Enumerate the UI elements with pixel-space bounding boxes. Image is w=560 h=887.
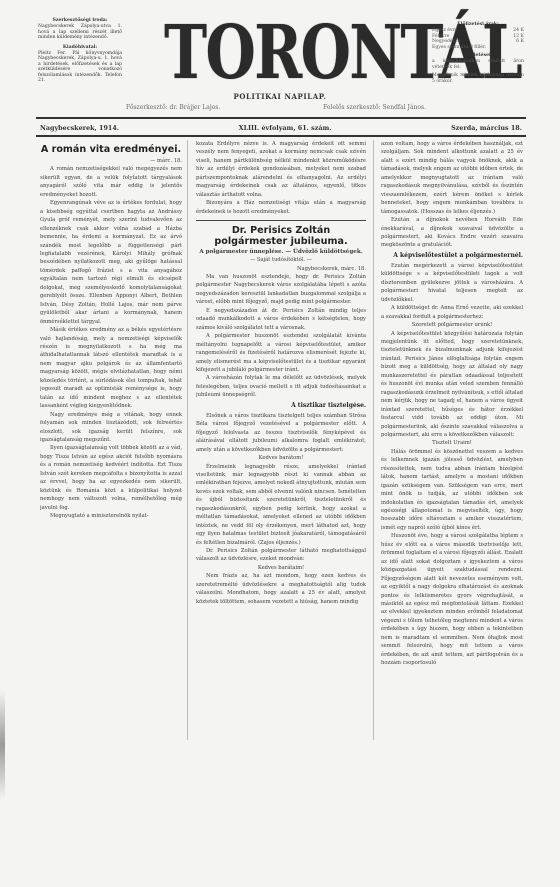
greeting: Kedves barátom!	[196, 454, 366, 462]
paragraph: kozata Erdélyre nézve is. A magyarság ér…	[196, 140, 366, 199]
masthead-rule-bottom	[36, 135, 526, 137]
paragraph: Ilyen igazságtalanság volt többek között…	[40, 444, 182, 512]
masthead-rule-top	[36, 117, 526, 119]
publisher-text: Pleitz Fer. Pál könyvnyomdája Nagybecske…	[38, 51, 122, 83]
volume-number: XLIII. évfolyam, 61. szám.	[239, 124, 332, 132]
article-source: — Saját tudósítóktól. —	[196, 256, 366, 264]
publication-schedule: Megjelenik minden hétköznap délután 5 ór…	[432, 73, 524, 84]
newspaper-title: TORONTÁL	[164, 14, 392, 92]
price-label: Negyedévre	[432, 39, 460, 44]
masthead: Szerkesztőségi iroda: Nagybecskerek Zápo…	[0, 0, 560, 120]
newspaper-subtitle: POLITIKAI NAPILAP.	[200, 92, 360, 101]
dateline-bar: Nagybecskerek, 1914. XLIII. évfolyam, 61…	[40, 124, 522, 132]
newspaper-page: Szerkesztőségi iroda: Nagybecskerek Zápo…	[0, 0, 560, 887]
subscription-box: Előfizetési árak: Egész évre24 K Félévre…	[432, 22, 524, 87]
column-divider	[187, 140, 188, 740]
scan-edge-shadow	[0, 690, 5, 800]
article-dateline: Nagybecskerek, márc. 18.	[196, 265, 366, 273]
single-copy-price: Egyes szám ára 8 fillér.	[432, 45, 524, 50]
section-heading: A képviselőtestület a polgármesternél.	[381, 252, 523, 260]
issue-date: Szerda, március 18.	[451, 124, 522, 132]
paragraph: Dr. Perisics Zoltán polgármester látható…	[196, 547, 366, 564]
paragraph: azon voltam, hogy a város érdekében hasz…	[381, 140, 523, 216]
paragraph: A képviselőtestület közgyűlési határozat…	[381, 330, 523, 440]
editor-in-chief: Főszerkesztő: dr. Brájjer Lajos.	[126, 104, 220, 111]
place-year: Nagybecskerek, 1914.	[40, 124, 119, 132]
paragraph: Érzelmeink legnagyobb része, amelyekkel …	[196, 463, 366, 548]
ads-text: a kiadóhivatalban szabott áron vétetnek …	[432, 59, 524, 70]
paragraph: E negyedszázadon át dr. Perisics Zoltán …	[196, 307, 366, 332]
editor-line: Főszerkesztő: dr. Brájjer Lajos. Felelős…	[126, 104, 426, 111]
greeting: Kedves barátaim!	[196, 564, 366, 572]
paragraph: Egyenrangúnak véve az is értékes fordula…	[40, 199, 182, 326]
paragraph: A küldöttséget dr. Anna Ernő vezette, ak…	[381, 304, 523, 321]
publisher-heading: Kiadóhivatal:	[38, 45, 122, 50]
editorial-office-text: Nagybecskerek Zápolya-utca 1. hová a lap…	[38, 24, 122, 40]
article-separator	[196, 220, 366, 221]
section-heading: A tisztikar tisztelgése.	[196, 402, 366, 410]
paragraph: A román nemzetiségekkel való megegyezés …	[40, 165, 182, 199]
paragraph: Ezután megérkezett a városi képviselőtes…	[381, 262, 523, 304]
article-subheadline: A polgármester ünneplése. — Üdvözlő küld…	[196, 249, 366, 256]
subscription-heading: Előfizetési árak:	[432, 22, 524, 27]
price-value: 6 K	[516, 39, 524, 44]
column-right: azon voltam, hogy a város érdekében hasz…	[381, 140, 523, 668]
article-headline: A román vita eredményei.	[40, 144, 182, 155]
responsible-editor: Felelős szerkesztő: Sendfal János.	[323, 104, 426, 111]
office-info-box: Szerkesztőségi iroda: Nagybecskerek Zápo…	[38, 18, 122, 87]
paragraph: A városházán folytak le ma délelőtt az ü…	[196, 374, 366, 399]
paragraph: Nem frázis az, ha azt mondom, hogy ezen …	[196, 572, 366, 606]
paragraph: Nagy eredménye még a vitának, hogy ennek…	[40, 411, 182, 445]
greeting: Szeretett polgármester urunk!	[381, 321, 523, 329]
greeting: Tisztelt Uraim!	[381, 439, 523, 447]
paragraph: Másik értékes eredmény az a békés egyeté…	[40, 326, 182, 411]
column-divider	[373, 140, 374, 740]
article-headline: Dr. Perisics Zoltán polgármester jubileu…	[196, 225, 366, 247]
paragraph: Elsőnek a város tisztikara tisztelgett t…	[196, 412, 366, 454]
editorial-office-heading: Szerkesztőségi iroda:	[38, 18, 122, 23]
paragraph: Ezután a díjnokok nevében Horváth Ede én…	[381, 216, 523, 250]
column-left: A román vita eredményei. — márc. 18. A r…	[40, 140, 182, 520]
column-middle: kozata Erdélyre nézve is. A magyarság ér…	[196, 140, 366, 606]
paragraph: A polgármester huszonöt esztendei szolgá…	[196, 332, 366, 374]
paragraph: Ma van huszonöt esztendeje, hogy dr. Per…	[196, 273, 366, 307]
article-dateline: — márc. 18.	[40, 157, 182, 165]
ads-heading: Hirdetések	[432, 53, 524, 58]
paragraph: Megnyugtató a miniszterelnök nyilat-	[40, 512, 182, 520]
paragraph: Huszonöt éve, hogy a városi szolgálatba …	[381, 532, 523, 667]
paragraph: Bizonyára a Ház nemzetiségi vitája után …	[196, 199, 366, 216]
paragraph: Hálás örömmel és köszönettel veszem a ke…	[381, 448, 523, 533]
